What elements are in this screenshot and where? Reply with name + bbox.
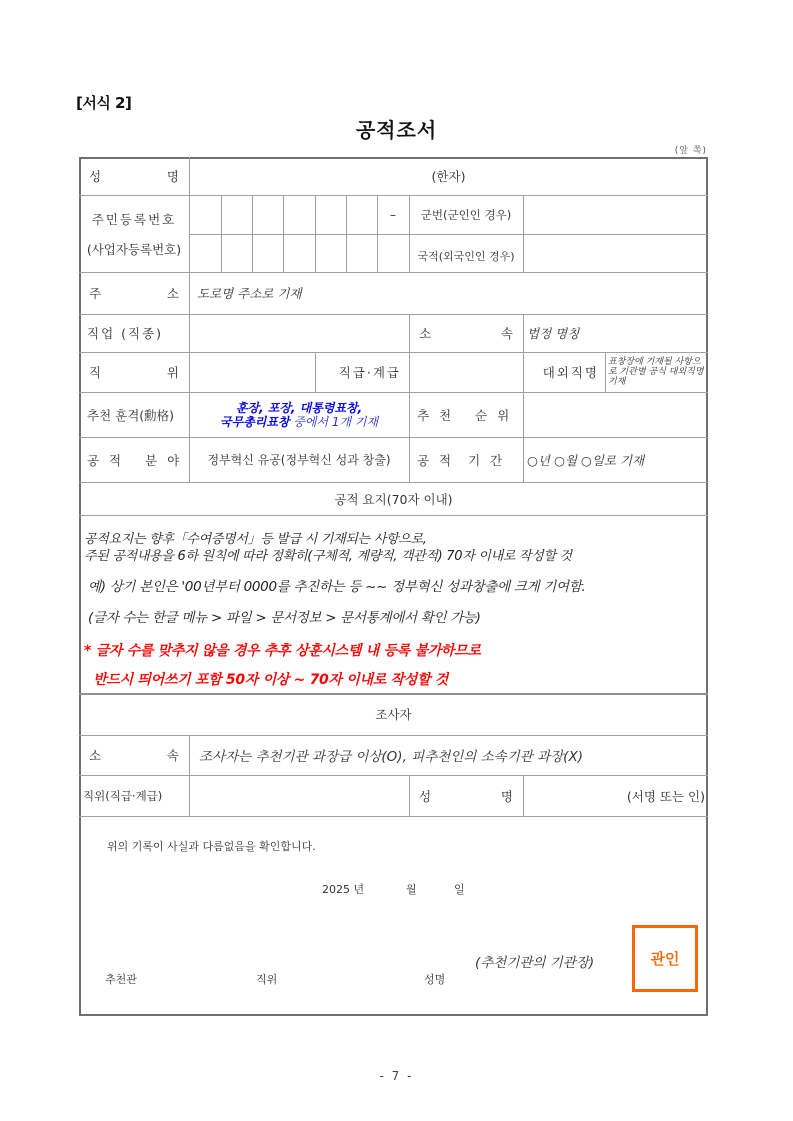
divider <box>79 816 708 817</box>
confirmation-statement: 위의 기록이 사실과 다름없음을 확인합니다. <box>107 838 316 854</box>
name-label-part: 성 <box>89 167 101 185</box>
name-label-part: 명 <box>167 167 179 185</box>
external-title-note: 표창장에 기재될 사항으로 기관별 공식 대외직명 기재 <box>605 357 708 387</box>
rrn-label-line2: (사업자등록번호) <box>87 240 181 258</box>
position-label-part: 위 <box>167 363 179 381</box>
grade-label-text: 직급·계급 <box>339 363 401 381</box>
investigator-affiliation-hint: 조사자는 추천기관 과장급 이상(O), 피추천인의 소속기관 과장(X) <box>199 745 583 765</box>
document-title: 공적조서 <box>0 114 793 143</box>
address-hint: 도로명 주소로 기재 <box>197 284 302 302</box>
recommender-position-label: 직위 <box>256 971 277 987</box>
grade-field[interactable] <box>409 352 523 392</box>
summary-warning-line2: 반드시 띄어쓰기 포함 50자 이상 ~ 70자 이내로 작성할 것 <box>84 669 704 689</box>
merit-period-label-text: 공 적 기 간 <box>417 451 505 469</box>
merit-field-value-text: 정부혁신 유공(정부혁신 성과 창출) <box>207 451 390 468</box>
summary-count-note: (글자 수는 한글 메뉴 > 파일 > 문서정보 > 문서통계에서 확인 가능) <box>84 606 704 626</box>
merit-period-label: 공 적 기 간 <box>409 437 523 482</box>
rrn-digit-cell[interactable] <box>189 195 221 234</box>
form-number-label: [서식 2] <box>76 92 131 113</box>
rrn-digit-cell[interactable] <box>315 234 346 272</box>
merit-field-label: 공 적 분 야 <box>79 437 189 482</box>
confirmation-month: 월 <box>406 881 417 897</box>
rrn-digit-cell[interactable] <box>252 234 283 272</box>
name-label: 성 명 <box>79 157 189 195</box>
summary-guide-line2: 주된 공적내용을 6하 원칙에 따라 정확히(구체적, 계량적, 객관적) 70… <box>84 545 704 564</box>
recommender-name-label: 성명 <box>424 971 445 987</box>
rrn-label-line1: 주민등록번호 <box>92 210 176 228</box>
investigator-affiliation-label-part: 속 <box>167 746 179 764</box>
nationality-label: 국적(외국인인 경우) <box>409 234 523 272</box>
affiliation-label-part: 속 <box>501 324 513 342</box>
rrn-digit-cell[interactable] <box>252 195 283 234</box>
rrn-label: 주민등록번호 (사업자등록번호) <box>79 195 189 272</box>
name-field[interactable]: (한자) <box>189 157 708 195</box>
address-label-part: 소 <box>167 284 179 302</box>
merit-summary-header: 공적 요지(70자 이내) <box>79 482 708 515</box>
investigator-affiliation-field[interactable]: 조사자는 추천기관 과장급 이상(O), 피추천인의 소속기관 과장(X) <box>189 735 708 775</box>
recommendation-rank-label-text: 추 천 순 위 <box>417 406 512 424</box>
nationality-field[interactable] <box>523 234 708 272</box>
merit-summary-header-text: 공적 요지(70자 이내) <box>334 490 452 508</box>
job-field[interactable] <box>189 314 409 352</box>
merit-period-field[interactable]: ○년 ○월 ○일로 기재 <box>523 437 708 482</box>
rrn-dash: – <box>390 207 396 222</box>
award-grade-label: 추천 훈격(勳格) <box>79 392 189 437</box>
position-label: 직 위 <box>79 352 189 392</box>
investigator-name-label-part: 성 <box>419 787 431 805</box>
nationality-label-text: 국적(외국인인 경우) <box>417 248 514 264</box>
rrn-digit-cell[interactable] <box>377 234 409 272</box>
merit-field-label-text: 공 적 분 야 <box>87 451 182 469</box>
investigator-name-label: 성 명 <box>409 775 523 816</box>
confirmation-year: 2025 년 <box>322 881 364 897</box>
address-field[interactable]: 도로명 주소로 기재 <box>189 272 708 314</box>
award-grade-label-text: 추천 훈격(勳格) <box>87 406 174 424</box>
investigator-name-field[interactable]: (서명 또는 인) <box>523 775 708 816</box>
rrn-digit-cell[interactable] <box>221 234 252 272</box>
job-label: 직업 (직종) <box>79 314 189 352</box>
address-label-part: 주 <box>89 284 101 302</box>
rrn-digit-cell[interactable] <box>346 195 377 234</box>
summary-example: 예) 상기 본인은 '00년부터 0000를 추진하는 등 ~~ 정부혁신 성과… <box>84 575 704 595</box>
investigator-position-label-text: 직위(직급·계급) <box>83 788 162 804</box>
award-hint-rest: 중에서 1개 기재 <box>289 415 378 429</box>
investigator-header: 조사자 <box>79 693 708 735</box>
rrn-digit-cell[interactable] <box>189 234 221 272</box>
affiliation-hint: 법정 명칭 <box>527 324 579 342</box>
award-hint-bold: 국무총리표창 <box>220 415 290 429</box>
page-number: - 7 - <box>0 1069 793 1083</box>
confirmation-day: 일 <box>454 881 465 897</box>
merit-field-value[interactable]: 정부혁신 유공(정부혁신 성과 창출) <box>189 437 409 482</box>
head-of-agency-label: (추천기관의 기관장) <box>475 951 594 971</box>
award-hint-line1: 훈장, 포장, 대통령표창, <box>236 401 362 415</box>
job-label-text: 직업 (직종) <box>87 324 163 342</box>
military-number-label-text: 군번(군인인 경우) <box>421 207 511 223</box>
merit-period-hint: ○년 ○월 ○일로 기재 <box>527 451 644 469</box>
affiliation-label-part: 소 <box>419 324 431 342</box>
recommendation-rank-label: 추 천 순 위 <box>409 392 523 437</box>
investigator-position-field[interactable] <box>189 775 409 816</box>
rrn-dash-cell: – <box>377 195 409 234</box>
external-title-label-text: 대외직명 <box>543 363 599 381</box>
investigator-name-label-part: 명 <box>501 787 513 805</box>
rrn-digit-cell[interactable] <box>283 234 315 272</box>
external-title-label: 대외직명 <box>523 352 605 392</box>
rrn-digit-cell[interactable] <box>346 234 377 272</box>
affiliation-field[interactable]: 법정 명칭 <box>523 314 708 352</box>
external-title-field[interactable]: 표창장에 기재될 사항으로 기관별 공식 대외직명 기재 <box>605 352 708 392</box>
recommender-label: 추천관 <box>105 971 137 987</box>
address-label: 주 소 <box>79 272 189 314</box>
rrn-digit-cell[interactable] <box>221 195 252 234</box>
investigator-position-label: 직위(직급·계급) <box>79 775 189 816</box>
award-grade-field[interactable]: 훈장, 포장, 대통령표창, 국무총리표창 중에서 1개 기재 <box>189 392 409 437</box>
investigator-affiliation-label-part: 소 <box>89 746 101 764</box>
rrn-digit-cell[interactable] <box>315 195 346 234</box>
signature-hint: (서명 또는 인) <box>627 787 705 805</box>
investigator-header-text: 조사자 <box>375 705 411 723</box>
summary-warning-line1: * 글자 수를 맞추지 않을 경우 추후 상훈시스템 내 등록 불가하므로 <box>84 640 704 660</box>
investigator-affiliation-label: 소 속 <box>79 735 189 775</box>
grade-label: 직급·계급 <box>315 352 409 392</box>
military-number-label: 군번(군인인 경우) <box>409 195 523 234</box>
front-page-note: (앞 쪽) <box>675 143 707 156</box>
recommendation-rank-field[interactable] <box>523 392 708 437</box>
name-hanja-hint: (한자) <box>432 167 466 185</box>
official-seal-label: 관인 <box>651 948 680 969</box>
position-label-part: 직 <box>89 363 101 381</box>
position-field[interactable] <box>189 352 315 392</box>
affiliation-label: 소 속 <box>409 314 523 352</box>
official-seal-box[interactable]: 관인 <box>632 925 698 992</box>
military-number-field[interactable] <box>523 195 708 234</box>
rrn-digit-cell[interactable] <box>283 195 315 234</box>
